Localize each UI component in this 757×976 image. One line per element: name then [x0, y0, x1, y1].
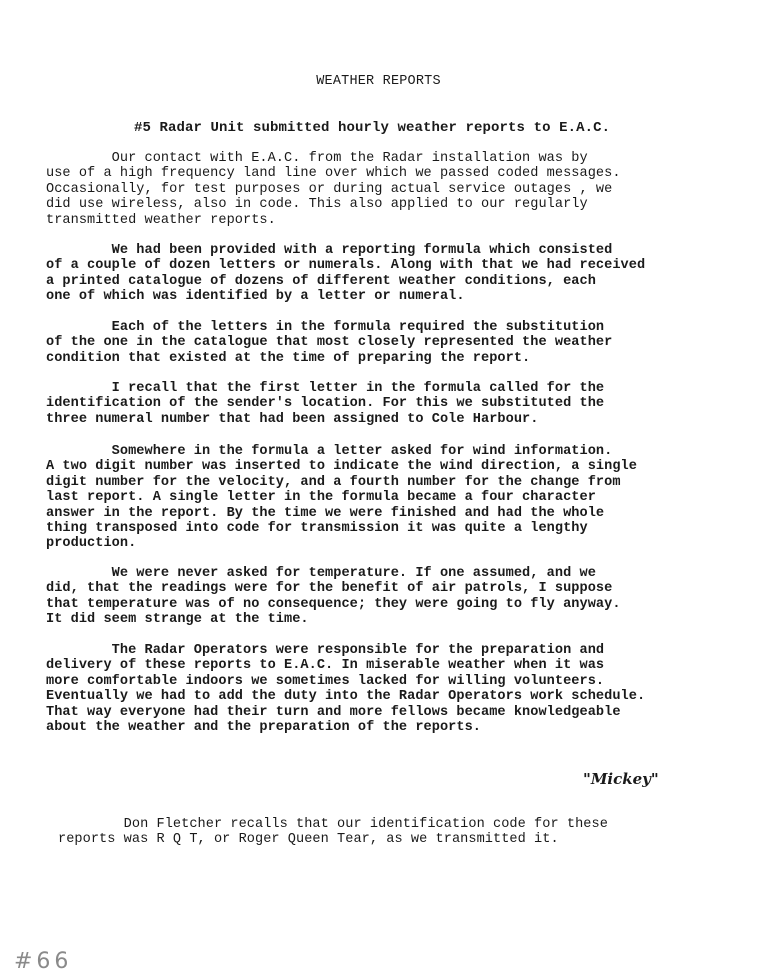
paragraph-temperature: We were never asked for temperature. If … — [46, 566, 621, 628]
paragraph-substitution: Each of the letters in the formula requi… — [46, 320, 612, 366]
paragraph-contact: Our contact with E.A.C. from the Radar i… — [46, 151, 621, 228]
page-number: #66 — [14, 949, 72, 974]
document-subtitle: #5 Radar Unit submitted hourly weather r… — [134, 120, 610, 136]
document-page: WEATHER REPORTS #5 Radar Unit submitted … — [0, 0, 757, 976]
signature: "Mickey" — [583, 770, 659, 788]
paragraph-wind: Somewhere in the formula a letter asked … — [46, 444, 637, 552]
postscript: Don Fletcher recalls that our identifica… — [58, 817, 608, 848]
document-title: WEATHER REPORTS — [0, 74, 757, 89]
paragraph-operators: The Radar Operators were responsible for… — [46, 643, 645, 735]
paragraph-formula: We had been provided with a reporting fo… — [46, 243, 645, 305]
paragraph-location: I recall that the first letter in the fo… — [46, 381, 604, 427]
